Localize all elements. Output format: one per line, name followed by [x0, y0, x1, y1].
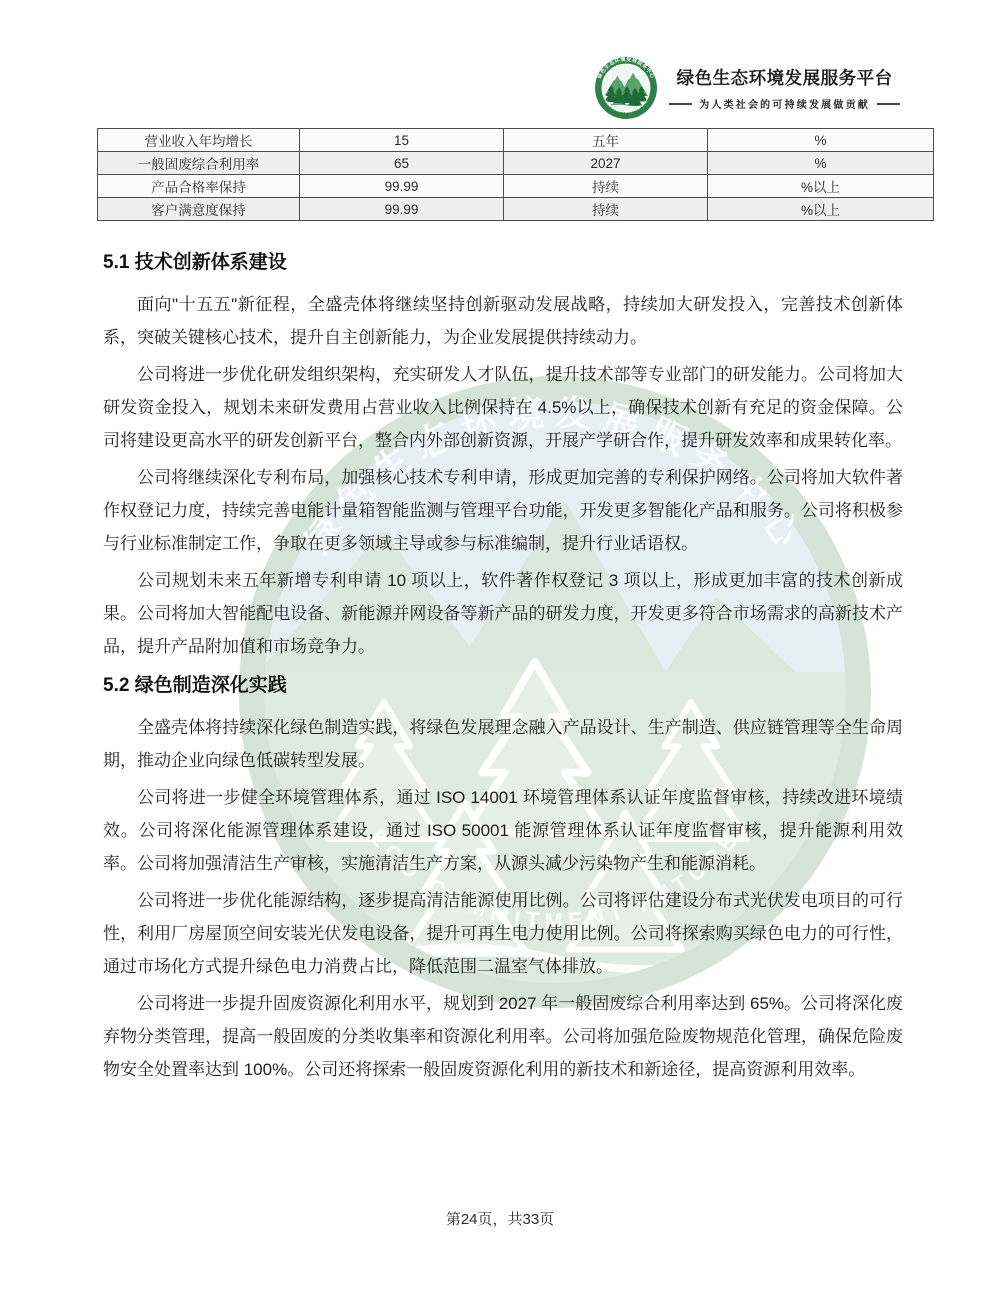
eco-platform-logo-icon: 绿色生态环境发展服务中心 ECO COMMITMENT FUTURE [594, 56, 658, 120]
table-cell: % [708, 129, 934, 152]
page-footer: 第24页，共33页 [0, 1208, 1000, 1229]
table-row: 客户满意度保持 99.99 持续 %以上 [98, 198, 934, 221]
document-body: 5.1 技术创新体系建设 面向"十五五"新征程，全盛壳体将继续坚持创新驱动发展战… [103, 250, 903, 1090]
tagline-row: 为人类社会的可持续发展做贡献 [669, 96, 900, 111]
table-cell: 持续 [504, 175, 708, 198]
metrics-table: 营业收入年均增长 15 五年 % 一般固废综合利用率 65 2027 % 产品合… [97, 128, 934, 221]
table-cell: 五年 [504, 129, 708, 152]
tagline-right-line [877, 103, 900, 105]
table-cell: 客户满意度保持 [98, 198, 300, 221]
platform-tagline: 为人类社会的可持续发展做贡献 [699, 96, 870, 111]
table-cell: 99.99 [300, 175, 504, 198]
table-cell: 一般固废综合利用率 [98, 152, 300, 175]
page-number: 第24页，共33页 [446, 1211, 554, 1228]
table-cell: 15 [300, 129, 504, 152]
table-cell: % [708, 152, 934, 175]
table-cell: 99.99 [300, 198, 504, 221]
paragraph: 公司将进一步优化能源结构，逐步提高清洁能源使用比例。公司将评估建设分布式光伏发电… [103, 884, 903, 983]
paragraph: 全盛壳体将持续深化绿色制造实践，将绿色发展理念融入产品设计、生产制造、供应链管理… [103, 711, 903, 777]
paragraph: 公司将进一步提升固废资源化利用水平，规划到 2027 年一般固废综合利用率达到 … [103, 987, 903, 1086]
paragraph: 公司规划未来五年新增专利申请 10 项以上，软件著作权登记 3 项以上，形成更加… [103, 564, 903, 663]
table-cell: 持续 [504, 198, 708, 221]
section-heading-5-2: 5.2 绿色制造深化实践 [103, 673, 903, 699]
paragraph: 面向"十五五"新征程，全盛壳体将继续坚持创新驱动发展战略，持续加大研发投入，完善… [103, 288, 903, 354]
table-cell: %以上 [708, 198, 934, 221]
document-page: 绿色生态环境发展服务中心 ECO COMMITMENT FUTURE [0, 0, 1000, 1294]
page-header: 绿色生态环境发展服务中心 ECO COMMITMENT FUTURE 绿色生态环… [594, 56, 900, 120]
platform-title: 绿色生态环境发展服务平台 [677, 65, 893, 90]
paragraph: 公司将继续深化专利布局，加强核心技术专利申请，形成更加完善的专利保护网络。公司将… [103, 461, 903, 560]
header-title-block: 绿色生态环境发展服务平台 为人类社会的可持续发展做贡献 [669, 65, 900, 111]
table-row: 营业收入年均增长 15 五年 % [98, 129, 934, 152]
table-cell: 2027 [504, 152, 708, 175]
table-row: 产品合格率保持 99.99 持续 %以上 [98, 175, 934, 198]
table-cell: %以上 [708, 175, 934, 198]
tagline-left-line [669, 103, 692, 105]
table-cell: 65 [300, 152, 504, 175]
table-cell: 产品合格率保持 [98, 175, 300, 198]
section-heading-5-1: 5.1 技术创新体系建设 [103, 250, 903, 276]
table-cell: 营业收入年均增长 [98, 129, 300, 152]
paragraph: 公司将进一步健全环境管理体系，通过 ISO 14001 环境管理体系认证年度监督… [103, 781, 903, 880]
table-row: 一般固废综合利用率 65 2027 % [98, 152, 934, 175]
paragraph: 公司将进一步优化研发组织架构，充实研发人才队伍，提升技术部等专业部门的研发能力。… [103, 358, 903, 457]
